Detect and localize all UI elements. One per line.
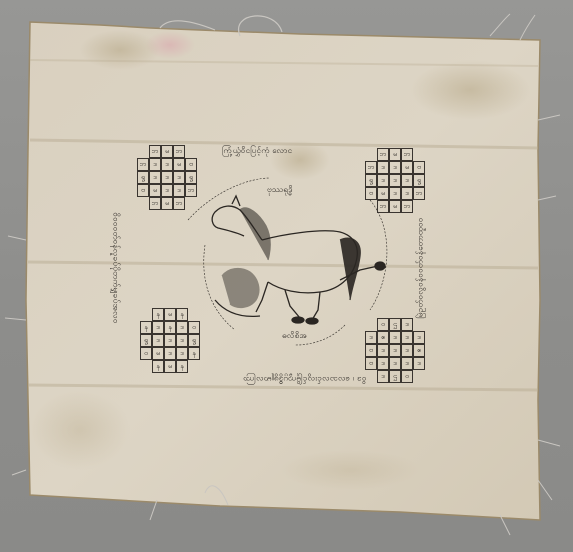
left-column-text: ဝိ၀ဝဝတ်ဝန်လူခပ်ပိုတက်မျှခပ်အလဝ [110, 212, 122, 323]
grid-cell: ဒ [401, 187, 413, 200]
top-band-text: ကြုံ့ယွှံဝိငပြင့်ကုံ လောင [222, 145, 292, 157]
magic-square-bottom-right: ဝဌဒဒဧဒဒဒဗဒဒဒဧဗဒဒဒဒဒဌဝ [365, 318, 425, 383]
grid-cell: ဒ [173, 184, 185, 197]
grid-cell: ဒ [389, 357, 401, 370]
magic-square-top-left: ဘမဘဘဒဒမဗရွဒဒဒရွဗမဒဒဘဘမဘ [137, 145, 197, 210]
grid-cell: ဘ [173, 145, 185, 158]
grid-cell [137, 197, 149, 210]
grid-cell: မ [149, 184, 161, 197]
grid-cell: န [140, 321, 152, 334]
grid-cell: ဘ [185, 184, 197, 197]
grid-cell: ဒ [377, 161, 389, 174]
grid-cell: မ [164, 360, 176, 373]
grid-cell: ဒ [413, 331, 425, 344]
grid-cell: ဒ [389, 344, 401, 357]
grid-cell [365, 318, 377, 331]
grid-cell: ဒ [389, 187, 401, 200]
grid-cell: မ [152, 347, 164, 360]
grid-cell [140, 308, 152, 321]
grid-cell: ရွ [188, 334, 200, 347]
grid-cell: ဘ [173, 197, 185, 210]
grid-cell: န [176, 308, 188, 321]
grid-cell: ရွ [185, 171, 197, 184]
grid-cell: ဒ [149, 158, 161, 171]
grid-cell: ရွ [365, 174, 377, 187]
grid-cell: မ [164, 308, 176, 321]
grid-cell: ဒ [401, 331, 413, 344]
bottom-band-text: ဝိဒ ၊ လေသလင်းလွင်မြိုက္ခပ္ပဒွိိဖွူမာလကြာ [243, 373, 366, 385]
grid-cell: ဒ [401, 318, 413, 331]
grid-cell: န [152, 308, 164, 321]
grid-cell: ဘ [137, 158, 149, 171]
grid-cell: ဒ [377, 174, 389, 187]
grid-cell: ဒ [152, 334, 164, 347]
grid-cell: ဒ [176, 321, 188, 334]
grid-cell: ဧ [377, 331, 389, 344]
grid-cell: န [188, 347, 200, 360]
grid-cell: ဒ [161, 171, 173, 184]
grid-cell: န [164, 321, 176, 334]
grid-cell: ဒ [377, 344, 389, 357]
under-top-text: ဗုဿရုဒ္ဓိ [267, 184, 293, 196]
grid-cell: ရွ [137, 171, 149, 184]
grid-cell: ဗ [137, 184, 149, 197]
grid-cell: မ [161, 197, 173, 210]
grid-cell: ဝ [188, 321, 200, 334]
grid-cell [413, 370, 425, 383]
grid-cell: န [152, 360, 164, 373]
grid-cell: ဒ [377, 370, 389, 383]
grid-cell [188, 308, 200, 321]
grid-cell: ဗ [413, 161, 425, 174]
grid-cell: ဒ [176, 347, 188, 360]
grid-cell: ဒ [401, 357, 413, 370]
grid-cell: ဘ [377, 148, 389, 161]
grid-cell [188, 360, 200, 373]
grid-cell: ဒ [389, 331, 401, 344]
grid-cell: ဒ [164, 334, 176, 347]
grid-cell: ဒ [389, 174, 401, 187]
grid-cell: ဘ [377, 200, 389, 213]
grid-cell: ဌ [389, 318, 401, 331]
grid-cell: ဒ [164, 347, 176, 360]
grid-cell: ဒ [161, 158, 173, 171]
grid-cell: ဒ [152, 321, 164, 334]
grid-cell: ဒ [413, 357, 425, 370]
grid-cell [365, 370, 377, 383]
grid-cell: ဒ [365, 331, 377, 344]
grid-cell: ဗ [365, 187, 377, 200]
grid-cell: မ [173, 158, 185, 171]
grid-cell [365, 148, 377, 161]
grid-cell: ဘ [149, 145, 161, 158]
grid-cell: ဘ [401, 200, 413, 213]
grid-cell [140, 360, 152, 373]
grid-cell: ဝ [401, 370, 413, 383]
grid-cell: န [176, 360, 188, 373]
grid-cell: မ [161, 145, 173, 158]
grid-cell: ဘ [401, 148, 413, 161]
grid-cell: ဒ [173, 171, 185, 184]
grid-cell: ဗ [365, 344, 377, 357]
grid-cell: ဝ [377, 318, 389, 331]
talisman-cloth [0, 0, 573, 552]
grid-cell: ဒ [389, 161, 401, 174]
grid-cell: ဌ [389, 370, 401, 383]
grid-cell [185, 145, 197, 158]
grid-cell [185, 197, 197, 210]
grid-cell: မ [401, 161, 413, 174]
grid-cell: ဘ [149, 197, 161, 210]
right-column-text: မြဲဥတ်ဝလွဝန်ဝဝတ်ဝန်တောထူဝဝ [415, 217, 427, 318]
grid-cell: ဒ [377, 357, 389, 370]
grid-cell: ဒ [401, 174, 413, 187]
grid-cell [365, 200, 377, 213]
grid-cell: ရွ [140, 334, 152, 347]
grid-cell [413, 148, 425, 161]
grid-cell: မ [389, 148, 401, 161]
grid-cell: ဝ [140, 347, 152, 360]
grid-cell: ဒ [149, 171, 161, 184]
grid-cell [137, 145, 149, 158]
grid-cell: ရွ [413, 174, 425, 187]
grid-cell: ဘ [413, 187, 425, 200]
magic-square-top-right: ဘမဘဘဒဒမဗရွဒဒဒရွဗမဒဒဘဘမဘ [365, 148, 425, 213]
magic-square-bottom-left: နမနနဒနဒဝရွဒဒဒရွဝမဒဒနနမန [140, 308, 200, 373]
grid-cell: မ [377, 187, 389, 200]
grid-cell: ဒ [176, 334, 188, 347]
grid-cell: ဒ [401, 344, 413, 357]
grid-cell: ဘ [365, 161, 377, 174]
grid-cell: မ [389, 200, 401, 213]
grid-cell [413, 200, 425, 213]
center-bottom-text: ဓလိစိအ [282, 330, 307, 342]
grid-cell: ဗ [185, 158, 197, 171]
grid-cell: ဗ [365, 357, 377, 370]
grid-cell: ဧ [413, 344, 425, 357]
grid-cell [413, 318, 425, 331]
grid-cell: ဒ [161, 184, 173, 197]
